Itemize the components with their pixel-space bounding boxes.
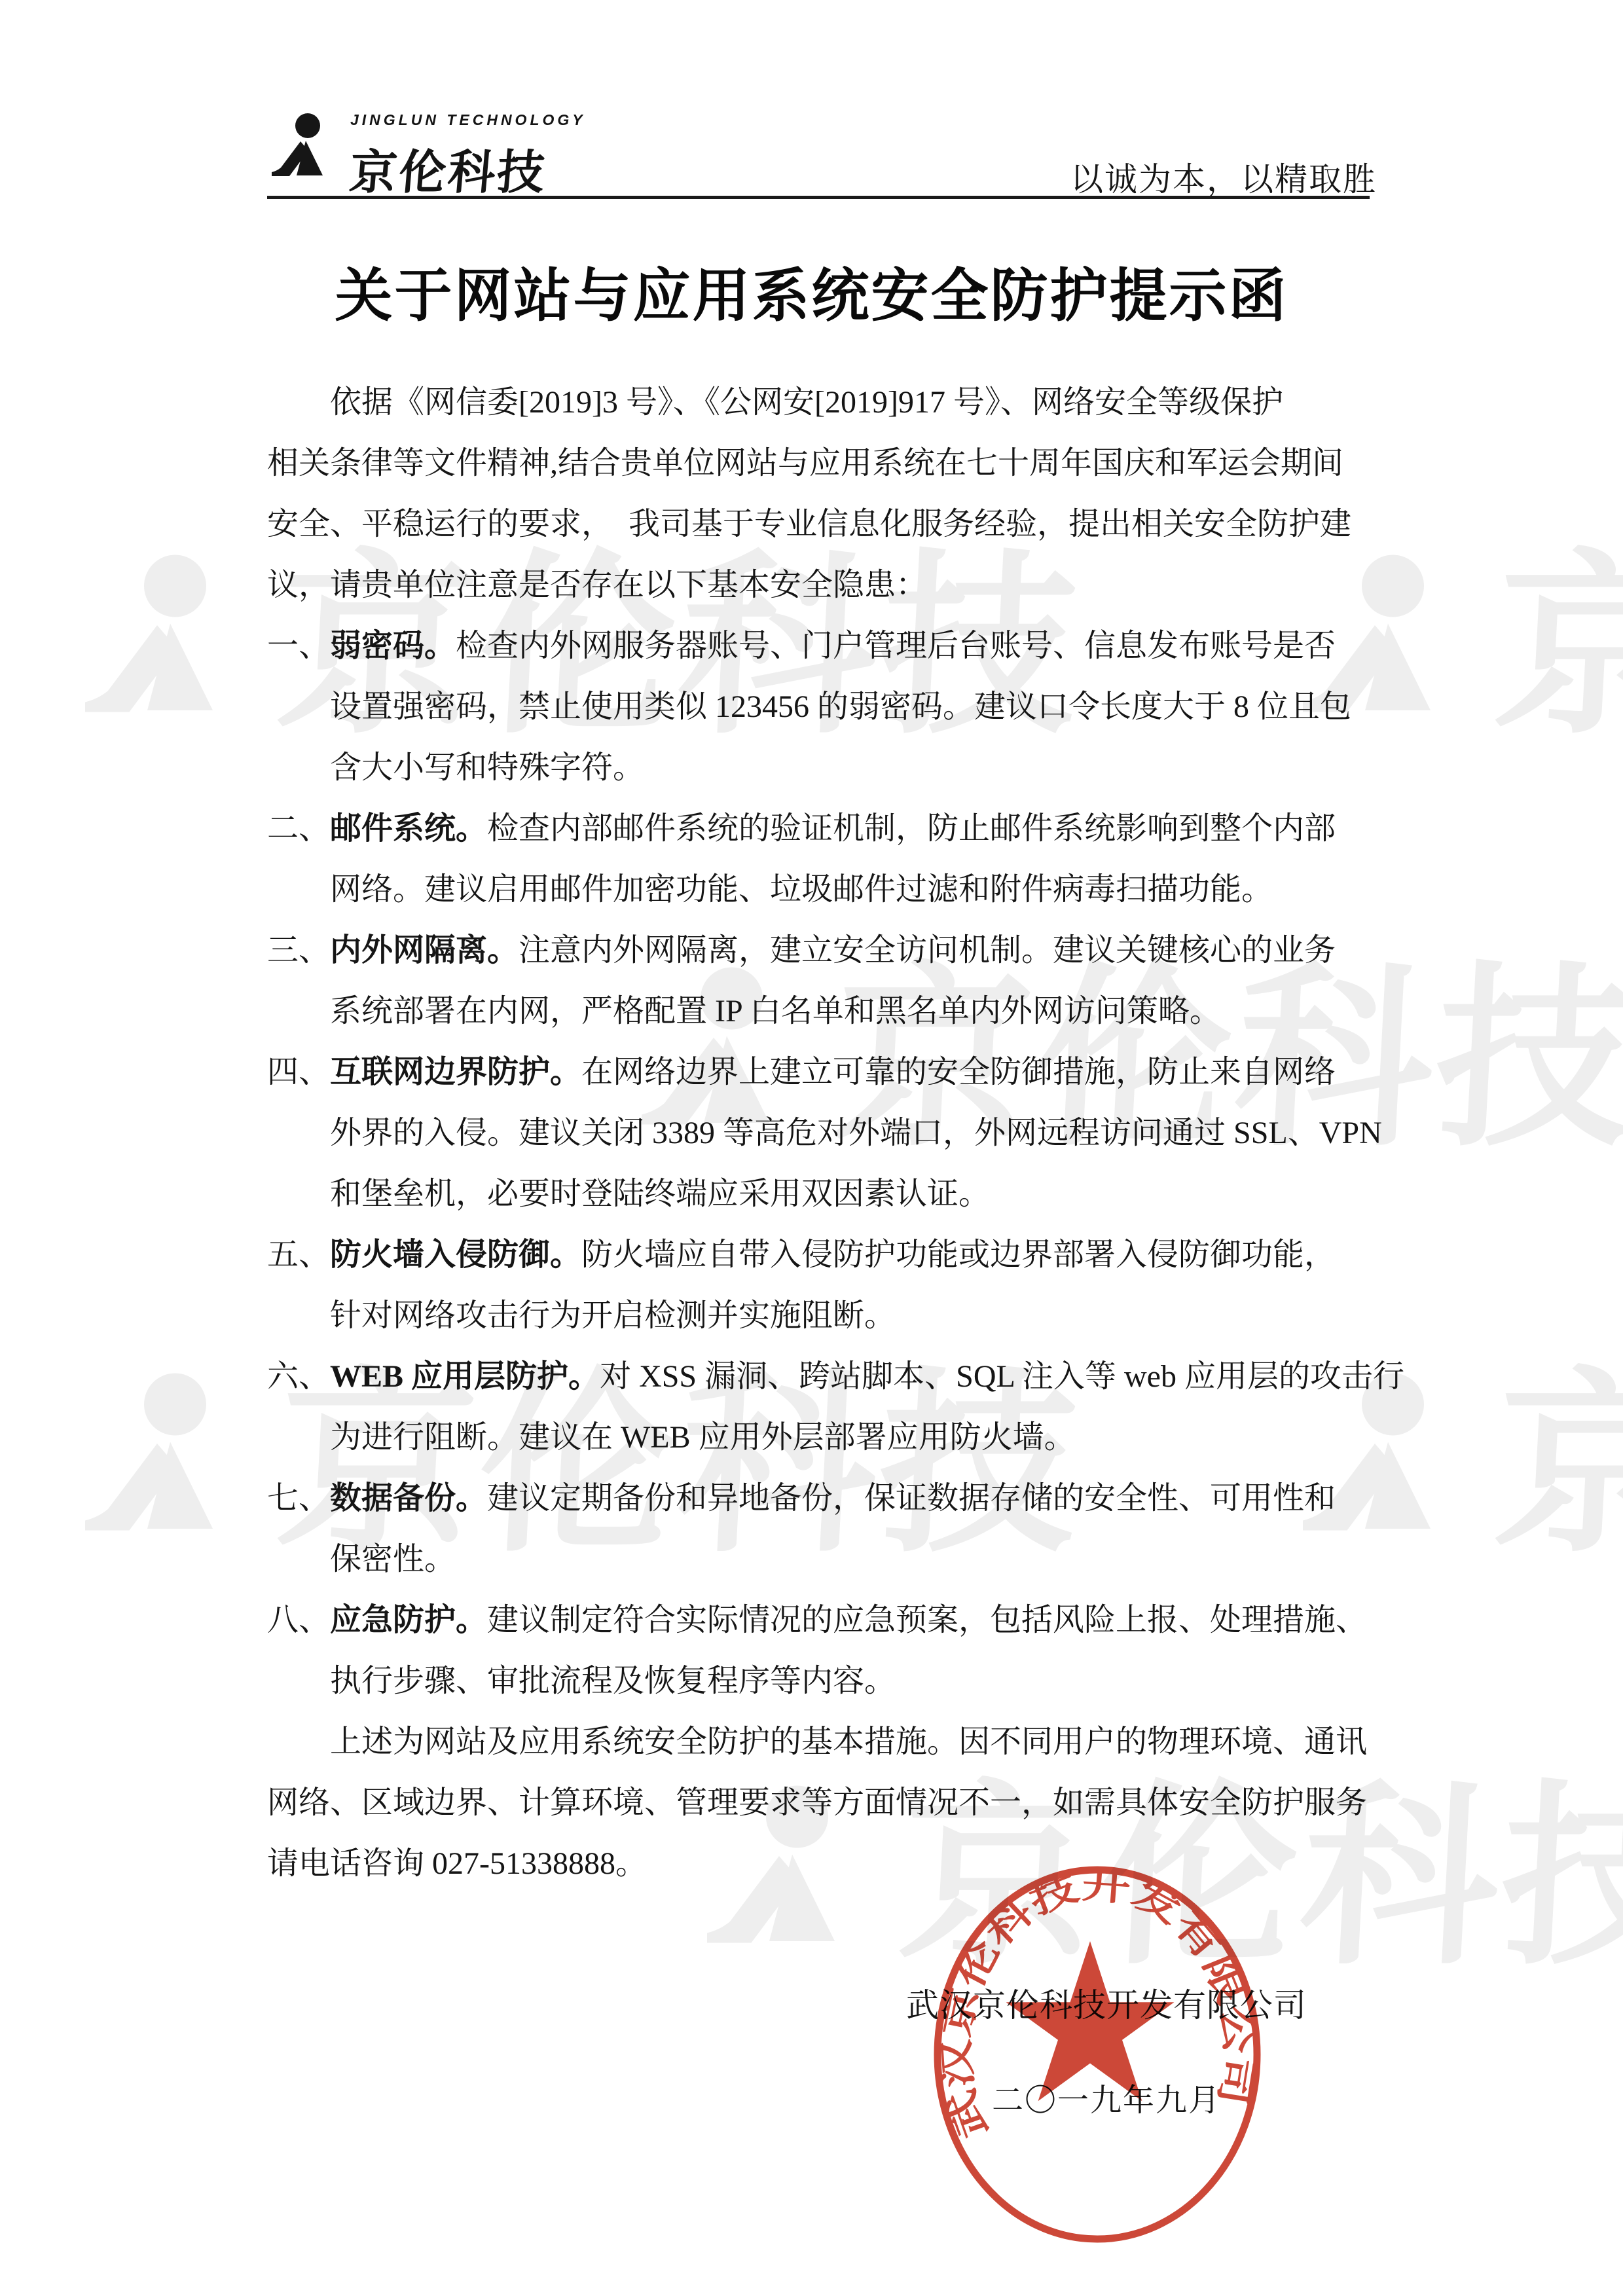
body-text: 对 XSS 漏洞、跨站脚本、SQL 注入等 web 应用层的攻击行 (600, 1359, 1404, 1394)
body-line: 依据《网信委[2019]3 号》、《公网安[2019]917 号》、网络安全等级… (267, 372, 1393, 433)
logo-tagline: JINGLUN TECHNOLOGY (350, 111, 586, 129)
watermark-text: 京伦科技 (1492, 1372, 1623, 1558)
body-line: 二、邮件系统。检查内部邮件系统的验证机制，防止邮件系统影响到整个内部 (267, 798, 1393, 859)
body-text: 检查内外网服务器账号、门户管理后台账号、信息发布账号是否 (456, 629, 1336, 663)
body-text: 执行步骤、审批流程及恢复程序等内容。 (330, 1664, 896, 1698)
body-text: 网络。建议启用邮件加密功能、垃圾邮件过滤和附件病毒扫描功能。 (330, 872, 1273, 907)
item-term: 防火墙入侵防御。 (330, 1237, 581, 1272)
body-line: 六、WEB 应用层防护。对 XSS 漏洞、跨站脚本、SQL 注入等 web 应用… (267, 1346, 1393, 1407)
body-line: 为进行阻断。建议在 WEB 应用外层部署应用防火墙。 (267, 1407, 1393, 1468)
body-text: 和堡垒机，必要时登陆终端应采用双因素认证。 (330, 1176, 990, 1211)
watermark-text: 京伦科技 (1492, 553, 1623, 740)
logo-brand-name: 京伦科技 (347, 134, 589, 202)
body-text: 建议制定符合实际情况的应急预案，包括风险上报、处理措施、 (487, 1603, 1367, 1637)
body-text: 网络、区域边界、计算环境、管理要求等方面情况不一，如需具体安全防护服务 (267, 1785, 1367, 1820)
watermark-person-icon (85, 1342, 249, 1558)
body-line: 和堡垒机，必要时登陆终端应采用双因素认证。 (267, 1163, 1393, 1224)
body-text: 六、 (267, 1359, 330, 1394)
body-line: 保密性。 (267, 1529, 1393, 1590)
body-line: 网络。建议启用邮件加密功能、垃圾邮件过滤和附件病毒扫描功能。 (267, 859, 1393, 920)
item-term: 弱密码。 (330, 629, 456, 663)
body-line: 相关条律等文件精神,结合贵单位网站与应用系统在七十周年国庆和军运会期间 (267, 433, 1393, 494)
body-line: 七、数据备份。建议定期备份和异地备份，保证数据存储的安全性、可用性和 (267, 1468, 1393, 1529)
body-text: 防火墙应自带入侵防护功能或边界部署入侵防御功能， (581, 1237, 1336, 1272)
body-text: 上述为网站及应用系统安全防护的基本措施。因不同用户的物理环境、通讯 (330, 1724, 1367, 1759)
item-term: 内外网隔离。 (330, 933, 519, 968)
body-text: 含大小写和特殊字符。 (330, 750, 644, 785)
body-text: 建议定期备份和异地备份，保证数据存储的安全性、可用性和 (487, 1481, 1336, 1516)
body-line: 网络、区域边界、计算环境、管理要求等方面情况不一，如需具体安全防护服务 (267, 1772, 1393, 1833)
body-line: 一、弱密码。检查内外网服务器账号、门户管理后台账号、信息发布账号是否 (267, 615, 1393, 676)
body-line: 四、互联网边界防护。在网络边界上建立可靠的安全防御措施，防止来自网络 (267, 1042, 1393, 1102)
body-line: 设置强密码，禁止使用类似 123456 的弱密码。建议口令长度大于 8 位且包 (267, 676, 1393, 737)
person-logo-icon (272, 111, 337, 202)
body-line: 执行步骤、审批流程及恢复程序等内容。 (267, 1650, 1393, 1711)
page-title: 关于网站与应用系统安全防护提示函 (0, 250, 1623, 333)
body-text: 外界的入侵。建议关闭 3389 等高危对外端口，外网远程访问通过 SSL、VPN (330, 1116, 1382, 1150)
body-text: 针对网络攻击行为开启检测并实施阻断。 (330, 1298, 896, 1333)
body-text: 八、 (267, 1603, 330, 1637)
body-text: 一、 (267, 629, 330, 663)
body-text: 注意内外网隔离，建立安全访问机制。建议关键核心的业务 (519, 933, 1336, 968)
body-text: 请电话咨询 027-51338888。 (267, 1846, 647, 1881)
body-text: 四、 (267, 1055, 330, 1089)
body-text: 二、 (267, 811, 330, 846)
body-text: 检查内部邮件系统的验证机制，防止邮件系统影响到整个内部 (487, 811, 1336, 846)
item-term: 互联网边界防护。 (330, 1055, 581, 1089)
body-text: 议，请贵单位注意是否存在以下基本安全隐患： (267, 568, 927, 602)
company-logo: JINGLUN TECHNOLOGY 京伦科技 (272, 111, 586, 202)
body-text: 七、 (267, 1481, 330, 1516)
body-line: 三、内外网隔离。注意内外网隔离，建立安全访问机制。建议关键核心的业务 (267, 920, 1393, 981)
body-line: 系统部署在内网，严格配置 IP 白名单和黑名单内外网访问策略。 (267, 981, 1393, 1042)
company-slogan: 以诚为本，以精取胜 (1070, 153, 1377, 200)
body-text: 系统部署在内网，严格配置 IP 白名单和黑名单内外网访问策略。 (330, 994, 1221, 1029)
item-term: WEB 应用层防护。 (330, 1359, 600, 1394)
item-term: 邮件系统。 (330, 811, 487, 846)
header-rule (267, 196, 1370, 199)
body-text: 设置强密码，禁止使用类似 123456 的弱密码。建议口令长度大于 8 位且包 (330, 689, 1351, 724)
body-text: 为进行阻断。建议在 WEB 应用外层部署应用防火墙。 (330, 1420, 1076, 1455)
item-term: 应急防护。 (330, 1603, 487, 1637)
document-page: 京伦科技 京伦科技 京伦科技 京伦 (0, 0, 1623, 2296)
body-line: 针对网络攻击行为开启检测并实施阻断。 (267, 1285, 1393, 1346)
item-term: 数据备份。 (330, 1481, 487, 1516)
body-text: 五、 (267, 1237, 330, 1272)
letter-body: 依据《网信委[2019]3 号》、《公网安[2019]917 号》、网络安全等级… (267, 372, 1393, 1894)
body-line: 含大小写和特殊字符。 (267, 737, 1393, 798)
body-text: 保密性。 (330, 1542, 456, 1576)
body-line: 上述为网站及应用系统安全防护的基本措施。因不同用户的物理环境、通讯 (267, 1711, 1393, 1772)
body-line: 八、应急防护。建议制定符合实际情况的应急预案，包括风险上报、处理措施、 (267, 1590, 1393, 1650)
body-line: 五、防火墙入侵防御。防火墙应自带入侵防护功能或边界部署入侵防御功能， (267, 1224, 1393, 1285)
logo-text-block: JINGLUN TECHNOLOGY 京伦科技 (350, 111, 586, 202)
body-text: 安全、平稳运行的要求， 我司基于专业信息化服务经验，提出相关安全防护建 (267, 507, 1351, 541)
body-line: 安全、平稳运行的要求， 我司基于专业信息化服务经验，提出相关安全防护建 (267, 494, 1393, 555)
watermark-person-icon (85, 524, 249, 740)
body-text: 依据《网信委[2019]3 号》、《公网安[2019]917 号》、网络安全等级… (330, 385, 1283, 420)
body-text: 相关条律等文件精神,结合贵单位网站与应用系统在七十周年国庆和军运会期间 (267, 446, 1343, 481)
body-line: 议，请贵单位注意是否存在以下基本安全隐患： (267, 555, 1393, 615)
seal-star-icon (1006, 1941, 1175, 2101)
body-text: 三、 (267, 933, 330, 968)
body-text: 在网络边界上建立可靠的安全防御措施，防止来自网络 (581, 1055, 1336, 1089)
body-line: 外界的入侵。建议关闭 3389 等高危对外端口，外网远程访问通过 SSL、VPN (267, 1102, 1393, 1163)
company-seal: 武汉京伦科技开发有限公司 (922, 1858, 1275, 2251)
